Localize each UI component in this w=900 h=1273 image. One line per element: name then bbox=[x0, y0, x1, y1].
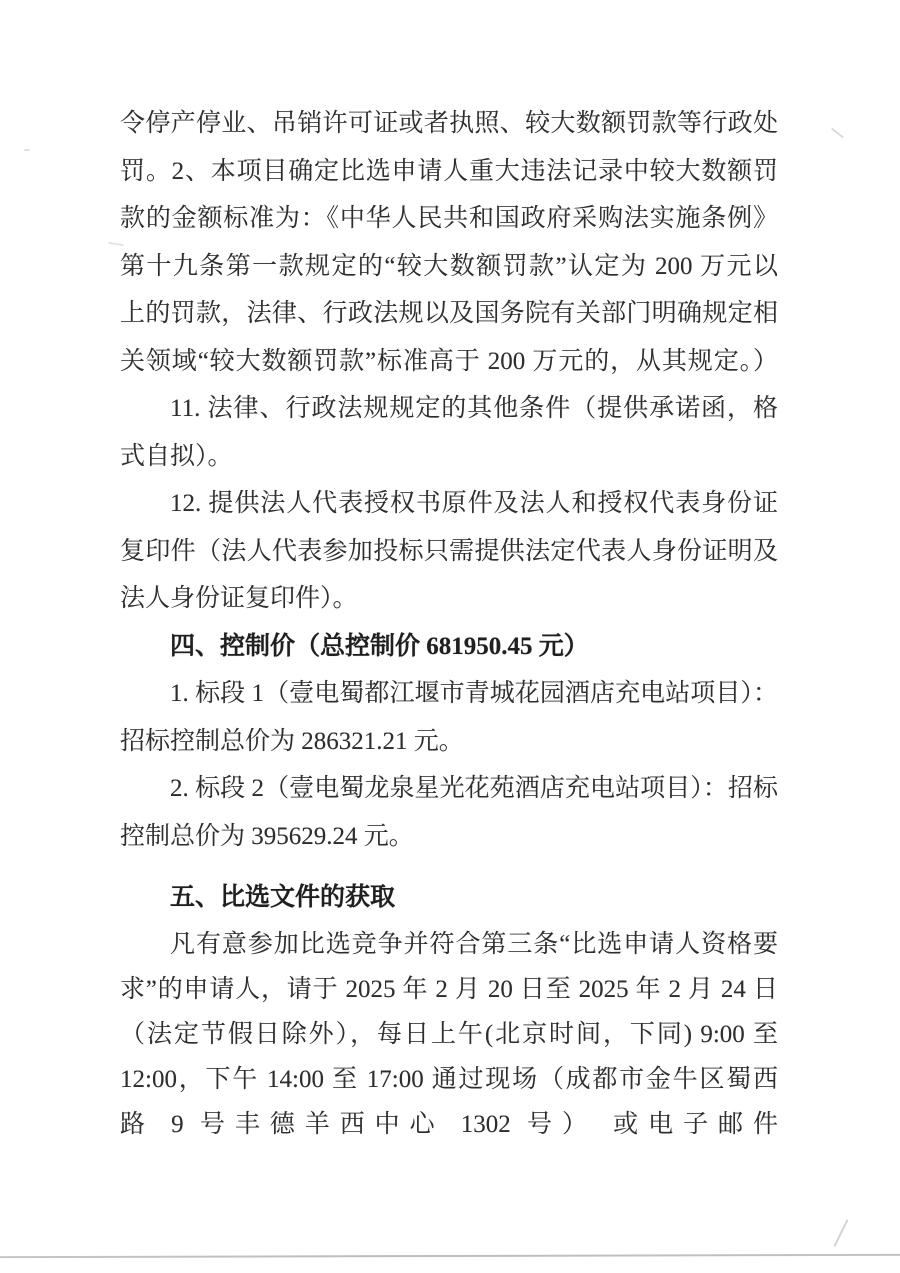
scan-artifact-speck-left bbox=[24, 149, 30, 151]
scan-artifact-smudge-top-right bbox=[831, 128, 844, 139]
document-line: 12:00，下午 14:00 至 17:00 通过现场（成都市金牛区蜀西 bbox=[120, 1057, 778, 1102]
document-line: 控制总价为 395629.24 元。 bbox=[120, 813, 778, 861]
document-line: 法人身份证复印件）。 bbox=[120, 575, 778, 623]
document-line: 12. 提供法人代表授权书原件及法人和授权代表身份证 bbox=[120, 480, 778, 528]
document-line: 关领域“较大数额罚款”标准高于 200 万元的，从其规定。） bbox=[120, 338, 778, 386]
section-heading: 四、控制价（总控制价 681950.45 元） bbox=[120, 623, 778, 671]
document-line: 上的罚款，法律、行政法规以及国务院有关部门明确规定相 bbox=[120, 290, 778, 338]
document-line: 11. 法律、行政法规规定的其他条件（提供承诺函，格 bbox=[120, 385, 778, 433]
section-heading: 五、比选文件的获取 bbox=[120, 874, 778, 922]
document-line: 1. 标段 1（壹电蜀都江堰市青城花园酒店充电站项目）： bbox=[120, 670, 778, 718]
document-line: 求”的申请人，请于 2025 年 2 月 20 日至 2025 年 2 月 24… bbox=[120, 967, 778, 1012]
document-line: 第十九条第一款规定的“较大数额罚款”认定为 200 万元以 bbox=[120, 243, 778, 291]
document-line: 路 9 号丰德羊西中心 1302 号） 或电子邮件 bbox=[120, 1102, 778, 1147]
scan-artifact-corner-crease bbox=[834, 1219, 849, 1247]
document-line: 2. 标段 2（壹电蜀龙泉星光花苑酒店充电站项目）：招标 bbox=[120, 765, 778, 813]
document-line: 招标控制总价为 286321.21 元。 bbox=[120, 718, 778, 766]
document-line: 款的金额标准为：《中华人民共和国政府采购法实施条例》 bbox=[120, 195, 778, 243]
document-line: 罚。2、本项目确定比选申请人重大违法记录中较大数额罚 bbox=[120, 148, 778, 196]
document-line: 复印件（法人代表参加投标只需提供法定代表人身份证明及 bbox=[120, 528, 778, 576]
document-text-block: 令停产停业、吊销许可证或者执照、较大数额罚款等行政处罚。2、本项目确定比选申请人… bbox=[120, 100, 778, 1147]
document-line: 式自拟）。 bbox=[120, 433, 778, 481]
document-line: 凡有意参加比选竞争并符合第三条“比选申请人资格要 bbox=[120, 922, 778, 967]
document-line: （法定节假日除外），每日上午(北京时间，下同) 9:00 至 bbox=[120, 1012, 778, 1057]
document-line: 令停产停业、吊销许可证或者执照、较大数额罚款等行政处 bbox=[120, 100, 778, 148]
scan-artifact-paper-bottom-edge bbox=[0, 1254, 900, 1258]
scanned-document-page: 令停产停业、吊销许可证或者执照、较大数额罚款等行政处罚。2、本项目确定比选申请人… bbox=[0, 0, 900, 1273]
